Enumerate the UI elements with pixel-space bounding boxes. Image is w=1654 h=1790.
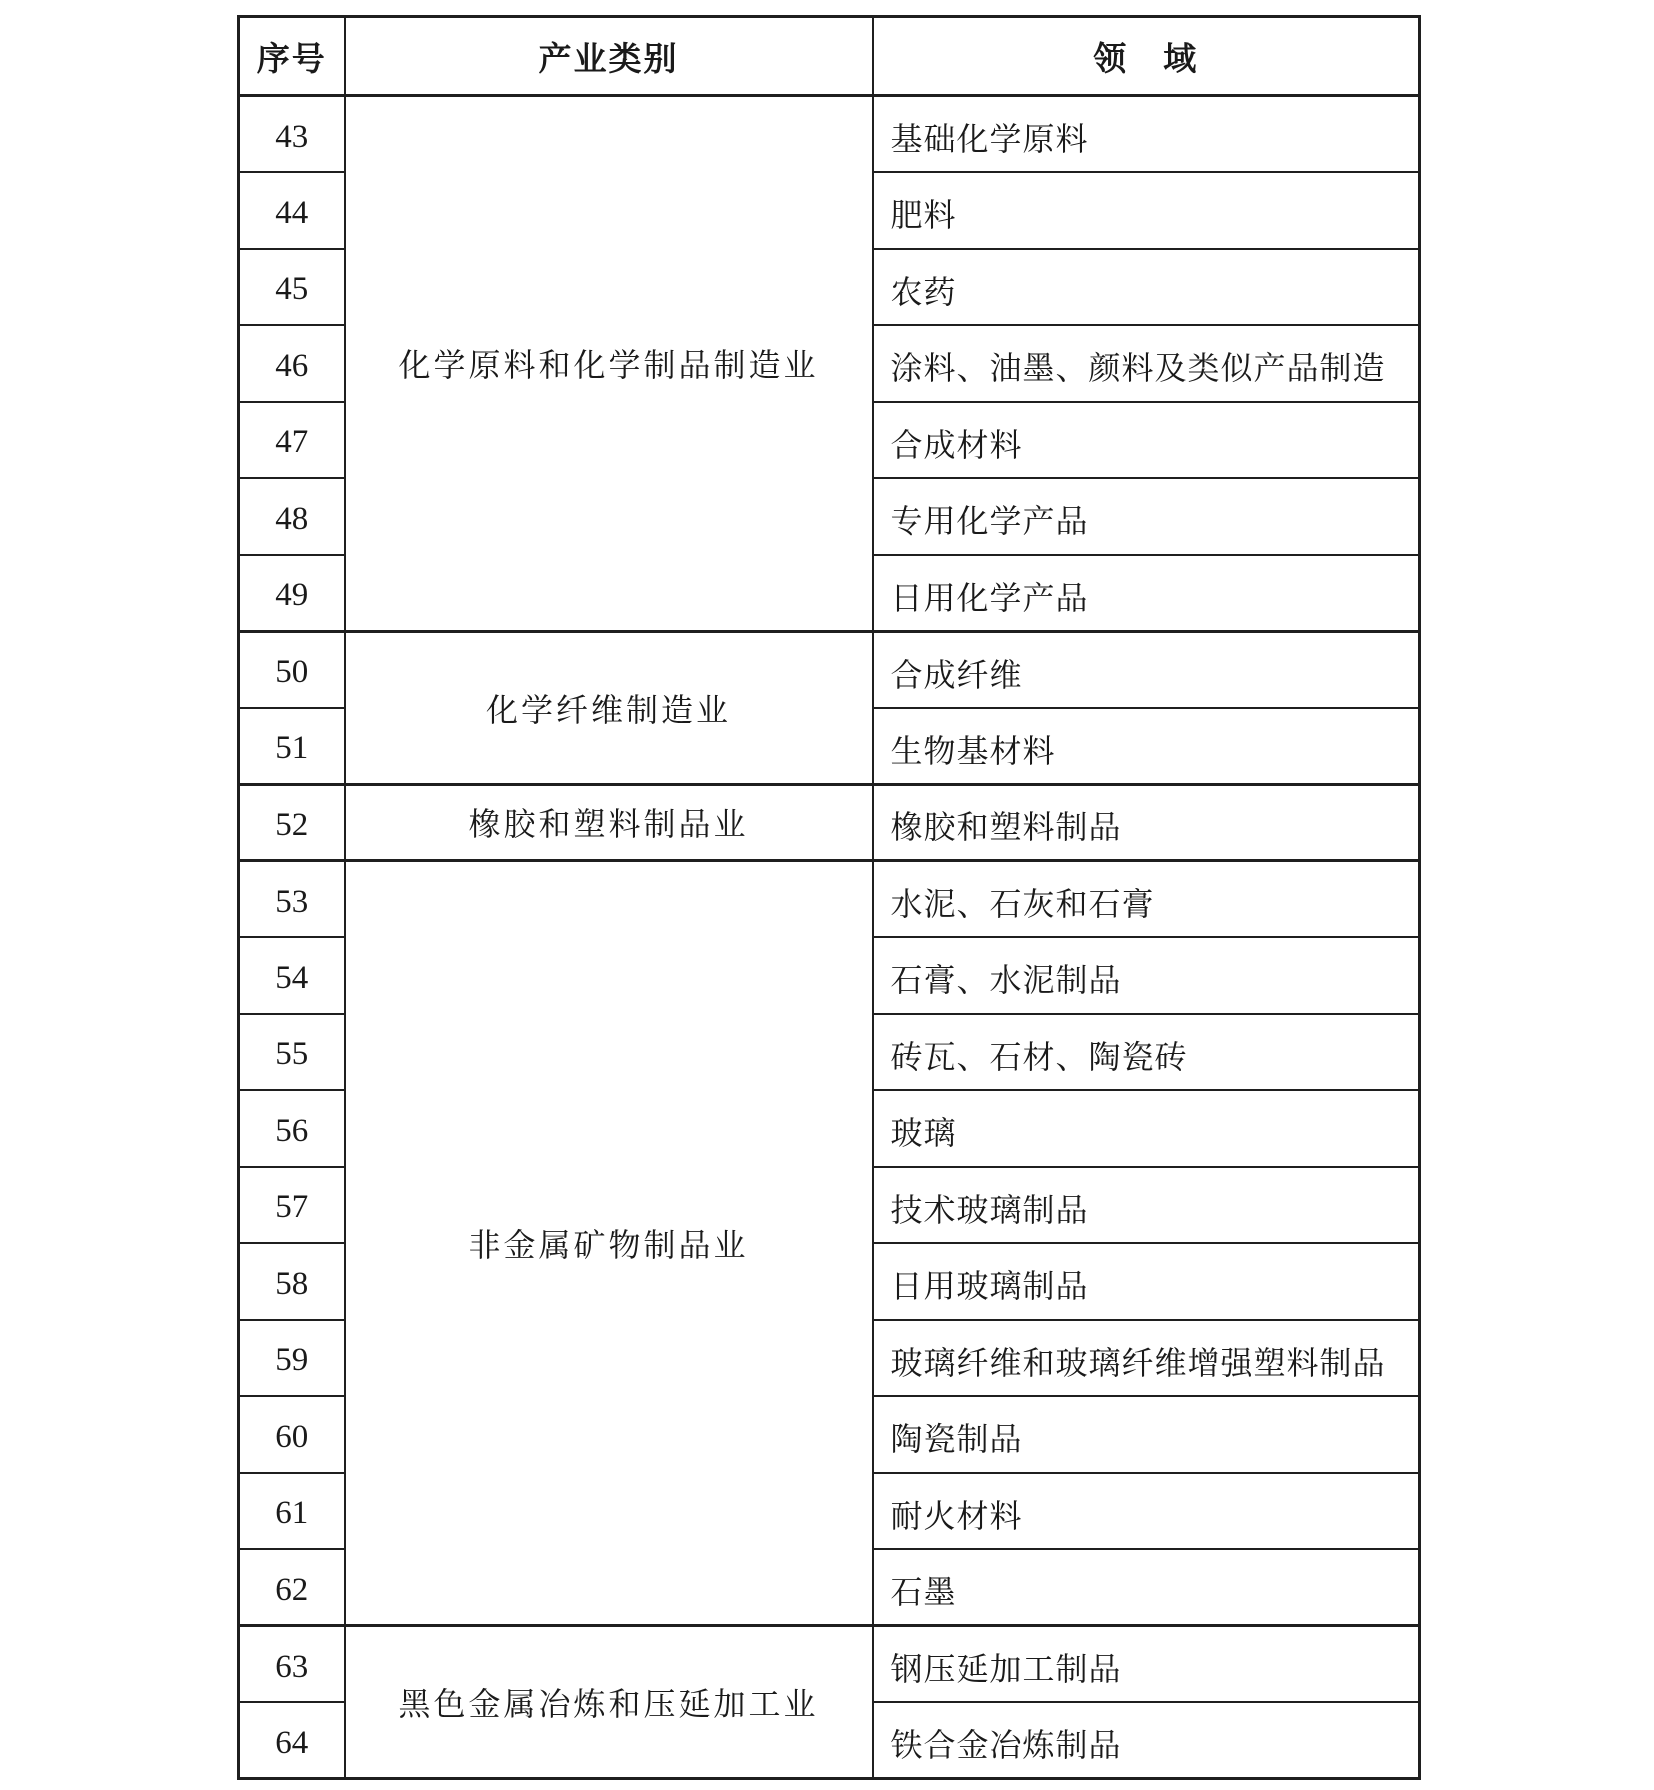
row-number-cell: 43 (239, 96, 345, 173)
field-cell: 耐火材料 (873, 1473, 1420, 1550)
field-cell: 技术玻璃制品 (873, 1167, 1420, 1244)
field-cell: 日用化学产品 (873, 555, 1420, 632)
table-row: 43 化学原料和化学制品制造业 基础化学原料 (239, 96, 1420, 173)
field-cell: 专用化学产品 (873, 478, 1420, 555)
row-number-cell: 57 (239, 1167, 345, 1244)
row-number-cell: 48 (239, 478, 345, 555)
field-cell: 陶瓷制品 (873, 1396, 1420, 1473)
row-number-cell: 49 (239, 555, 345, 632)
header-col-no: 序号 (239, 17, 345, 96)
row-number-cell: 64 (239, 1702, 345, 1779)
header-col-field: 领 域 (873, 17, 1420, 96)
row-number-cell: 44 (239, 172, 345, 249)
field-cell: 钢压延加工制品 (873, 1626, 1420, 1703)
field-cell: 合成纤维 (873, 631, 1420, 708)
row-number-cell: 56 (239, 1090, 345, 1167)
field-cell: 砖瓦、石材、陶瓷砖 (873, 1014, 1420, 1091)
row-number-cell: 50 (239, 631, 345, 708)
industry-category-table: 序号 产业类别 领 域 43 化学原料和化学制品制造业 基础化学原料 44 肥料… (237, 15, 1421, 1780)
field-cell: 橡胶和塑料制品 (873, 784, 1420, 861)
row-number-cell: 60 (239, 1396, 345, 1473)
table-body: 43 化学原料和化学制品制造业 基础化学原料 44 肥料 45 农药 46 涂料… (239, 96, 1420, 1779)
table-row: 52 橡胶和塑料制品业 橡胶和塑料制品 (239, 784, 1420, 861)
row-number-cell: 61 (239, 1473, 345, 1550)
row-number-cell: 46 (239, 325, 345, 402)
category-cell: 非金属矿物制品业 (345, 861, 873, 1626)
field-cell: 玻璃纤维和玻璃纤维增强塑料制品 (873, 1320, 1420, 1397)
table-row: 63 黑色金属冶炼和压延加工业 钢压延加工制品 (239, 1626, 1420, 1703)
table-header: 序号 产业类别 领 域 (239, 17, 1420, 96)
field-cell: 日用玻璃制品 (873, 1243, 1420, 1320)
field-cell: 涂料、油墨、颜料及类似产品制造 (873, 325, 1420, 402)
field-cell: 石墨 (873, 1549, 1420, 1626)
category-cell: 化学原料和化学制品制造业 (345, 96, 873, 632)
row-number-cell: 58 (239, 1243, 345, 1320)
row-number-cell: 51 (239, 708, 345, 785)
header-col-category: 产业类别 (345, 17, 873, 96)
field-cell: 玻璃 (873, 1090, 1420, 1167)
category-cell: 化学纤维制造业 (345, 631, 873, 784)
row-number-cell: 53 (239, 861, 345, 938)
field-cell: 生物基材料 (873, 708, 1420, 785)
row-number-cell: 45 (239, 249, 345, 326)
category-cell: 黑色金属冶炼和压延加工业 (345, 1626, 873, 1779)
field-cell: 铁合金冶炼制品 (873, 1702, 1420, 1779)
row-number-cell: 52 (239, 784, 345, 861)
field-cell: 农药 (873, 249, 1420, 326)
field-cell: 水泥、石灰和石膏 (873, 861, 1420, 938)
row-number-cell: 55 (239, 1014, 345, 1091)
row-number-cell: 62 (239, 1549, 345, 1626)
table-row: 50 化学纤维制造业 合成纤维 (239, 631, 1420, 708)
row-number-cell: 47 (239, 402, 345, 479)
row-number-cell: 63 (239, 1626, 345, 1703)
field-cell: 基础化学原料 (873, 96, 1420, 173)
field-cell: 肥料 (873, 172, 1420, 249)
row-number-cell: 59 (239, 1320, 345, 1397)
field-cell: 合成材料 (873, 402, 1420, 479)
category-cell: 橡胶和塑料制品业 (345, 784, 873, 861)
table-row: 53 非金属矿物制品业 水泥、石灰和石膏 (239, 861, 1420, 938)
field-cell: 石膏、水泥制品 (873, 937, 1420, 1014)
header-row: 序号 产业类别 领 域 (239, 17, 1420, 96)
row-number-cell: 54 (239, 937, 345, 1014)
